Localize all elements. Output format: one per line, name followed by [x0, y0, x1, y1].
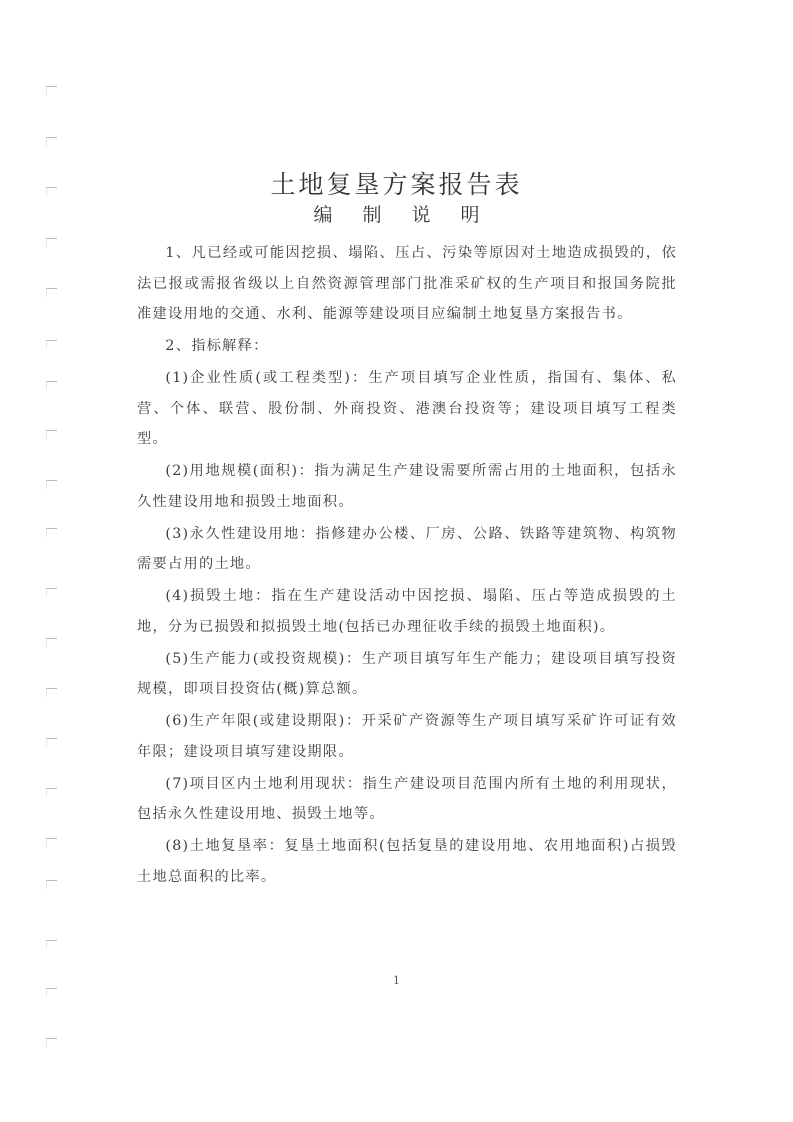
binding-mark [46, 1038, 57, 1047]
binding-mark [46, 528, 57, 537]
binding-mark [46, 480, 57, 489]
paragraph: (5)生产能力(或投资规模)：生产项目填写年生产能力；建设项目填写投资规模，即项… [137, 644, 677, 705]
binding-mark [46, 940, 57, 949]
binding-mark [46, 238, 57, 247]
document-subtitle: 编制说明 [0, 200, 793, 227]
binding-mark [46, 137, 57, 146]
paragraph: 1、凡已经或可能因挖损、塌陷、压占、污染等原因对土地造成损毁的，依法已报或需报省… [137, 238, 677, 330]
paragraph: (6)生产年限(或建设期限)：开采矿产资源等生产项目填写采矿许可证有效年限；建设… [137, 706, 677, 767]
paragraph: 2、指标解释： [137, 331, 677, 362]
paragraph: (1)企业性质(或工程类型)：生产项目填写企业性质，指国有、集体、私营、个体、联… [137, 363, 677, 455]
binding-mark [46, 340, 57, 349]
binding-mark [46, 638, 57, 647]
binding-mark [46, 288, 57, 297]
paragraph: (4)损毁土地：指在生产建设活动中因挖损、塌陷、压占等造成损毁的土地，分为已损毁… [137, 581, 677, 642]
document-body: 1、凡已经或可能因挖损、塌陷、压占、污染等原因对土地造成损毁的，依法已报或需报省… [137, 238, 677, 894]
binding-mark [46, 788, 57, 797]
binding-mark [46, 588, 57, 597]
paragraph: (7)项目区内土地利用现状：指生产建设项目范围内所有土地的利用现状，包括永久性建… [137, 769, 677, 830]
page-number: 1 [0, 974, 793, 987]
paragraph: (8)土地复垦率：复垦土地面积(包括复垦的建设用地、农用地面积)占损毁土地总面积… [137, 831, 677, 892]
document-title: 土地复垦方案报告表 [0, 165, 793, 201]
binding-mark [46, 688, 57, 697]
binding-mark [46, 86, 57, 95]
binding-mark [46, 381, 57, 390]
paragraph: (2)用地规模(面积)：指为满足生产建设需要所需占用的土地面积，包括永久性建设用… [137, 456, 677, 517]
binding-mark [46, 988, 57, 997]
binding-mark [46, 738, 57, 747]
binding-mark [46, 880, 57, 889]
binding-mark [46, 838, 57, 847]
binding-mark [46, 430, 57, 439]
paragraph: (3)永久性建设用地：指修建办公楼、厂房、公路、铁路等建筑物、构筑物需要占用的土… [137, 519, 677, 580]
